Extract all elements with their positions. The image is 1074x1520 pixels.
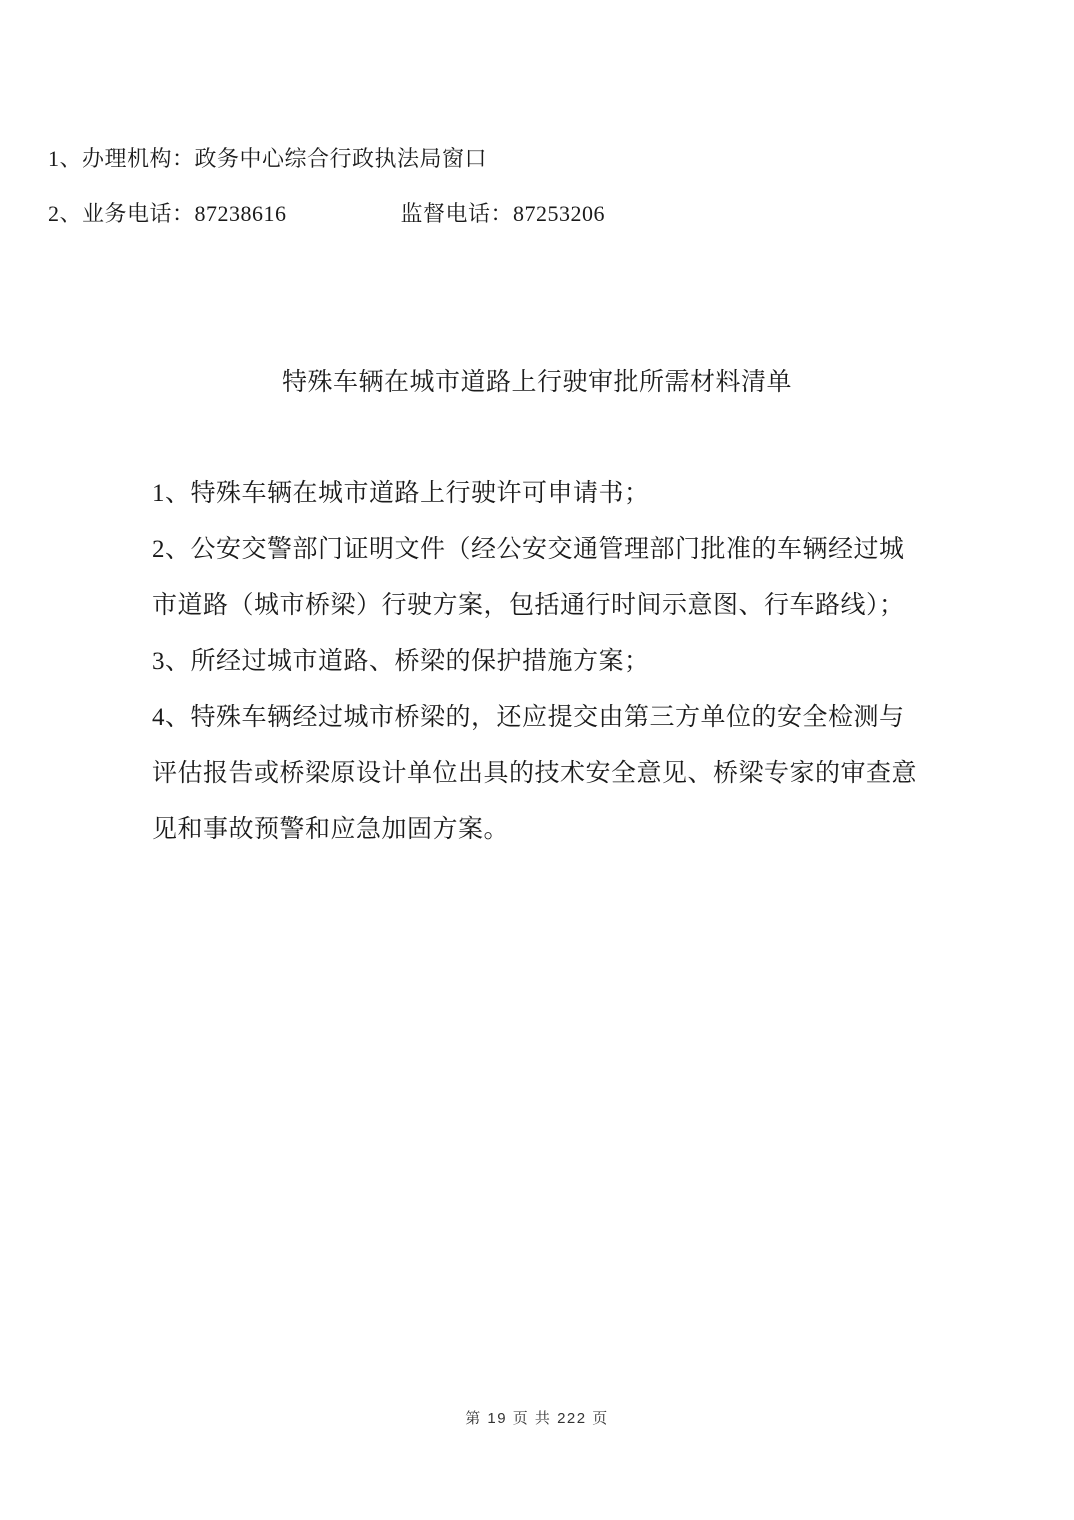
business-phone: 2、业务电话：87238616 — [48, 201, 287, 226]
phone-numbers-line: 2、业务电话：87238616 监督电话：87253206 — [48, 201, 605, 227]
list-line: 3、所经过城市道路、桥梁的保护措施方案； — [152, 634, 924, 690]
document-page: 1、办理机构：政务中心综合行政执法局窗口 2、业务电话：87238616 监督电… — [0, 0, 1074, 1520]
materials-list: 1、特殊车辆在城市道路上行驶许可申请书； 2、公安交警部门证明文件（经公安交通管… — [152, 466, 924, 858]
list-line: 评估报告或桥梁原设计单位出具的技术安全意见、桥梁专家的审查意 — [152, 746, 924, 802]
list-line: 2、公安交警部门证明文件（经公安交通管理部门批准的车辆经过城 — [152, 522, 924, 578]
list-line: 见和事故预警和应急加固方案。 — [152, 802, 924, 858]
handling-agency-line: 1、办理机构：政务中心综合行政执法局窗口 — [48, 146, 487, 172]
supervise-phone: 监督电话：87253206 — [401, 201, 606, 227]
list-line: 1、特殊车辆在城市道路上行驶许可申请书； — [152, 466, 924, 522]
page-title: 特殊车辆在城市道路上行驶审批所需材料清单 — [0, 368, 1074, 398]
list-line: 市道路（城市桥梁）行驶方案，包括通行时间示意图、行车路线）； — [152, 578, 924, 634]
list-line: 4、特殊车辆经过城市桥梁的，还应提交由第三方单位的安全检测与 — [152, 690, 924, 746]
page-number-indicator: 第 19 页 共 222 页 — [0, 1408, 1074, 1430]
